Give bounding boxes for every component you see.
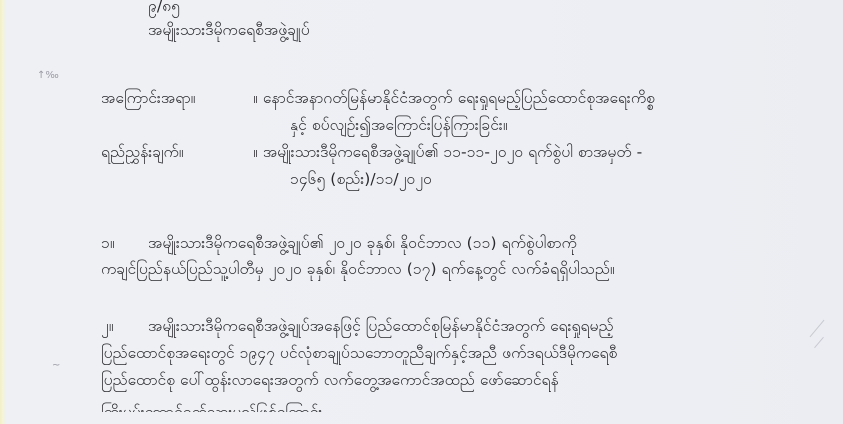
scan-speck: ↑‰ [37,70,59,81]
paragraph-2-line-1: အမျိုးသားဒီမိုကရေစီအဖွဲ့ချုပ်အနေဖြင့် ပြ… [148,314,614,338]
paragraph-1-number: ၁။ [101,231,115,255]
scanned-letter-page: ↑‰ ~ ၉/၈၅ အမျိုးသားဒီမိုကရေစီအဖွဲ့ချုပ် … [0,0,843,424]
paragraph-2-line-2: ပြည်ထောင်စုအရေးတွင် ၁၉၄၇ ပင်လုံစာချုပ်သဘ… [101,341,617,365]
scan-speck: ~ [52,360,60,371]
reference-text-line-1: ။ အမျိုးသားဒီမိုကရေစီအဖွဲ့ချုပ်၏ ၁၁-၁၁-၂… [253,140,642,164]
scan-scratch [814,337,824,348]
subject-text-line-2: နှင့် စပ်လျဉ်း၍အကြောင်းပြန်ကြားခြင်း။ [290,113,508,137]
sender-organization: အမျိုးသားဒီမိုကရေစီအဖွဲ့ချုပ် [148,18,310,42]
paragraph-1-line-1: အမျိုးသားဒီမိုကရေစီအဖွဲ့ချုပ်၏ ၂၀၂၀ ခုနှ… [148,231,577,255]
scan-scratch [810,320,825,337]
sender-number: ၉/၈၅ [148,0,180,18]
paragraph-2-line-3: ပြည်ထောင်စု ပေါ်ထွန်းလာရေးအတွက် လက်တွေ့အ… [101,368,559,392]
paragraph-1-line-2: ကချင်ပြည်နယ်ပြည်သူ့ပါတီမှ ၂၀၂၀ ခုနှစ်၊ န… [101,257,615,281]
paragraph-2-line-4-partial: ကြိုးပမ်းဆောင်ရွက်သွားမည်ဖြစ်ကြောင်း [101,400,322,424]
subject-text-line-1: ။ နောင်အနာဂတ်မြန်မာနိုင်ငံအတွက် ရေးရှုရမ… [253,86,655,110]
reference-label: ရည်ညွှန်းချက်။ [101,140,184,164]
paragraph-2-number: ၂။ [101,314,114,338]
subject-label: အကြောင်းအရာ။ [101,86,195,110]
reference-text-line-2: ၁၄၆၅ (စည်း)/၁၁/၂၀၂၀ [290,167,432,191]
